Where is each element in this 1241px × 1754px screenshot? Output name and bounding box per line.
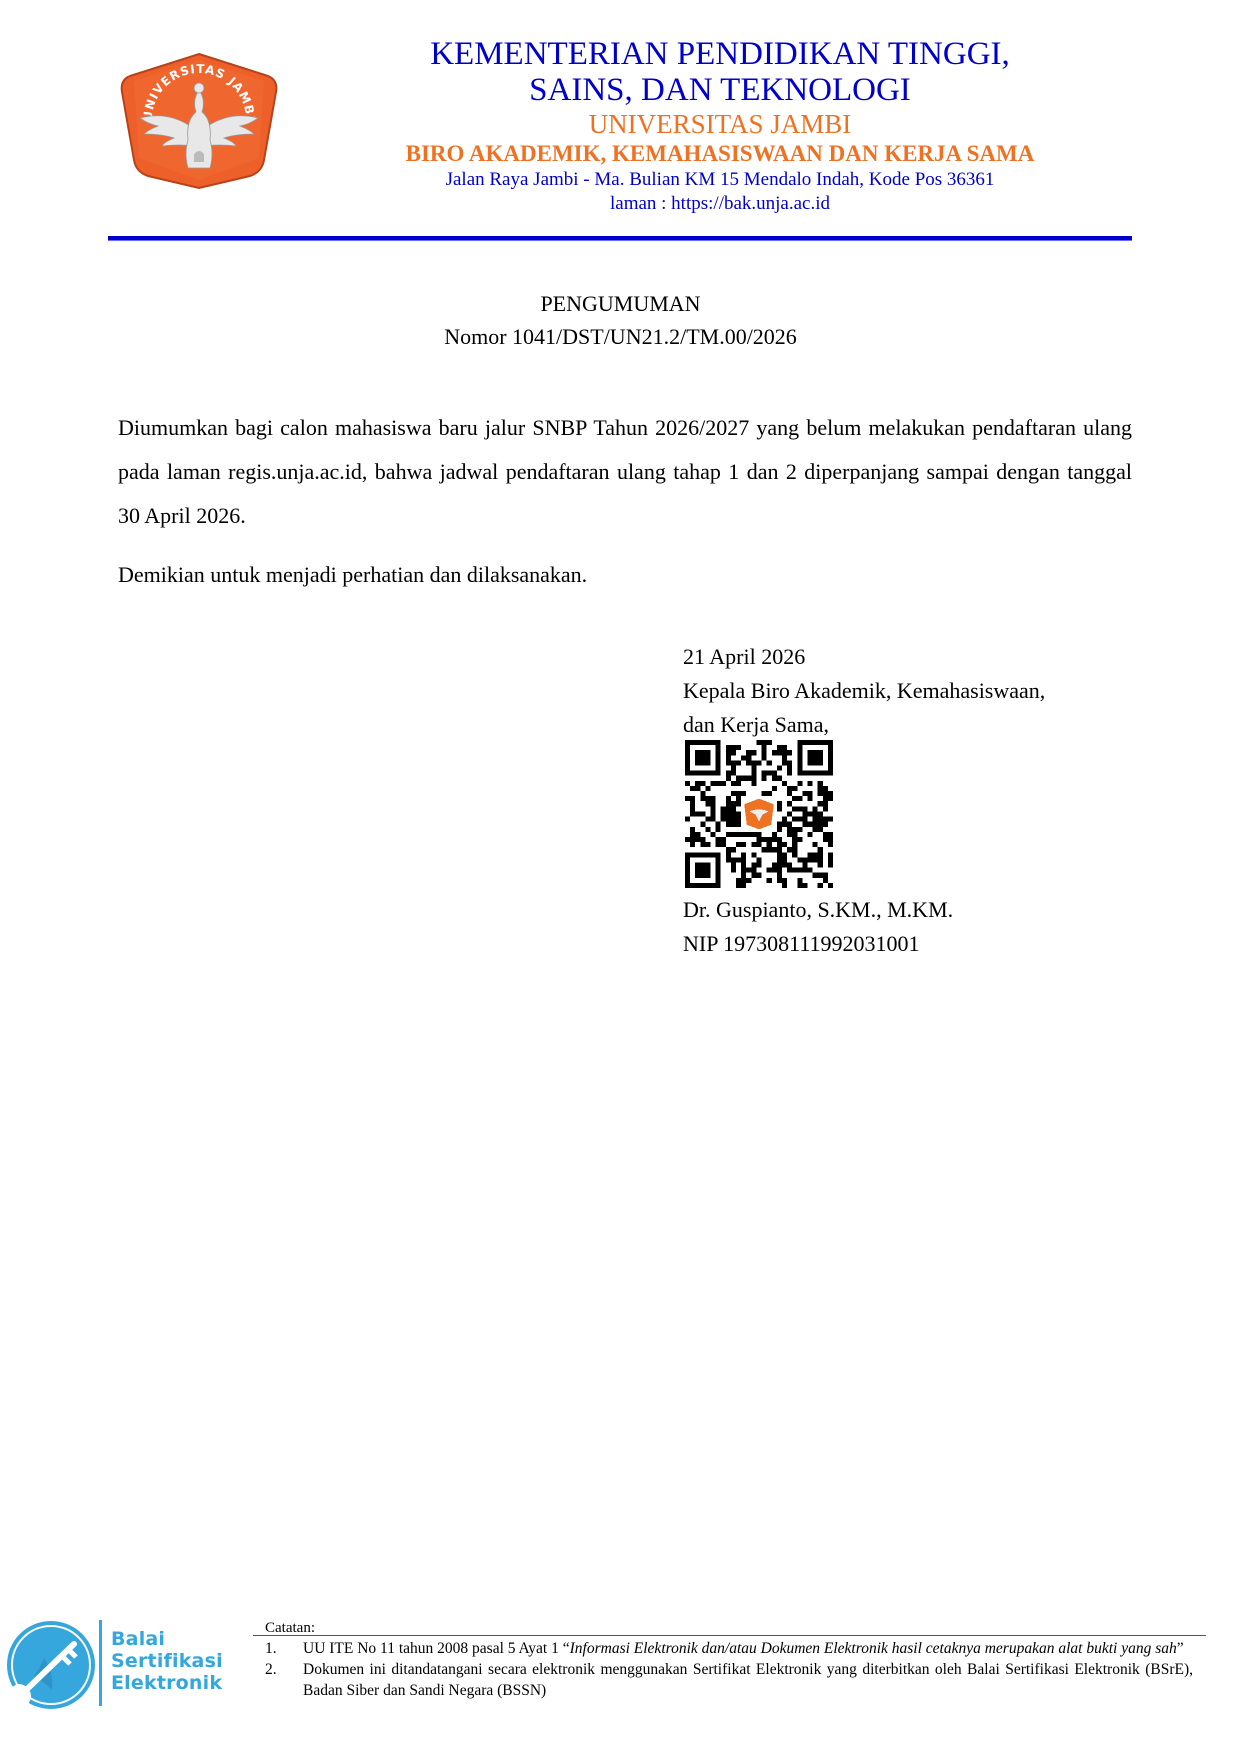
bsre-divider xyxy=(99,1620,102,1706)
note-number: 1. xyxy=(265,1638,303,1659)
notes-list: 1. UU ITE No 11 tahun 2008 pasal 5 Ayat … xyxy=(265,1638,1193,1701)
bsre-line2: Sertifikasi xyxy=(111,1650,223,1672)
university-logo: UNIVERSITAS JAMBI xyxy=(118,50,280,190)
university-name: UNIVERSITAS JAMBI xyxy=(360,108,1080,140)
signature-qr-code xyxy=(685,740,833,888)
ministry-name-line1: KEMENTERIAN PENDIDIKAN TINGGI, xyxy=(360,36,1080,72)
closing-paragraph: Demikian untuk menjadi perhatian dan dil… xyxy=(118,560,1132,590)
address: Jalan Raya Jambi - Ma. Bulian KM 15 Mend… xyxy=(360,168,1080,192)
document-title: PENGUMUMAN xyxy=(0,291,1241,317)
document-number: Nomor 1041/DST/UN21.2/TM.00/2026 xyxy=(0,324,1241,350)
ministry-name-line2: SAINS, DAN TEKNOLOGI xyxy=(360,72,1080,108)
letterhead: KEMENTERIAN PENDIDIKAN TINGGI, SAINS, DA… xyxy=(360,36,1080,216)
note-text: UU ITE No 11 tahun 2008 pasal 5 Ayat 1 “… xyxy=(303,1638,1193,1659)
bsre-logo xyxy=(4,1618,99,1713)
signature-date: 21 April 2026 xyxy=(683,640,1045,674)
note-quote: Informasi Elektronik dan/atau Dokumen El… xyxy=(570,1640,1177,1657)
bsre-line1: Balai xyxy=(111,1628,223,1650)
letterhead-divider xyxy=(108,236,1132,241)
signer-nip: NIP 197308111992031001 xyxy=(683,927,953,961)
bsre-line3: Elektronik xyxy=(111,1672,223,1694)
note-item: 2. Dokumen ini ditandatangani secara ele… xyxy=(265,1659,1193,1701)
universitas-jambi-emblem-icon: UNIVERSITAS JAMBI xyxy=(118,50,280,190)
signer-position-line1: Kepala Biro Akademik, Kemahasiswaan, xyxy=(683,674,1045,708)
notes-divider xyxy=(253,1635,1206,1636)
note-text: Dokumen ini ditandatangani secara elektr… xyxy=(303,1659,1193,1701)
website: laman : https://bak.unja.ac.id xyxy=(360,192,1080,216)
bsre-wordmark: Balai Sertifikasi Elektronik xyxy=(111,1628,223,1694)
note-number: 2. xyxy=(265,1659,303,1701)
signer-details: Dr. Guspianto, S.KM., M.KM. NIP 19730811… xyxy=(683,893,953,961)
note-suffix: ” xyxy=(1177,1640,1184,1657)
bureau-name: BIRO AKADEMIK, KEMAHASISWAAN DAN KERJA S… xyxy=(360,140,1080,168)
note-item: 1. UU ITE No 11 tahun 2008 pasal 5 Ayat … xyxy=(265,1638,1193,1659)
announcement-paragraph: Diumumkan bagi calon mahasiswa baru jalu… xyxy=(118,406,1132,538)
qr-code-icon xyxy=(685,740,833,888)
signer-name: Dr. Guspianto, S.KM., M.KM. xyxy=(683,893,953,927)
bsre-key-icon xyxy=(4,1618,99,1713)
signature-block: 21 April 2026 Kepala Biro Akademik, Kema… xyxy=(683,640,1045,742)
note-prefix: UU ITE No 11 tahun 2008 pasal 5 Ayat 1 “ xyxy=(303,1640,570,1657)
signer-position-line2: dan Kerja Sama, xyxy=(683,708,1045,742)
